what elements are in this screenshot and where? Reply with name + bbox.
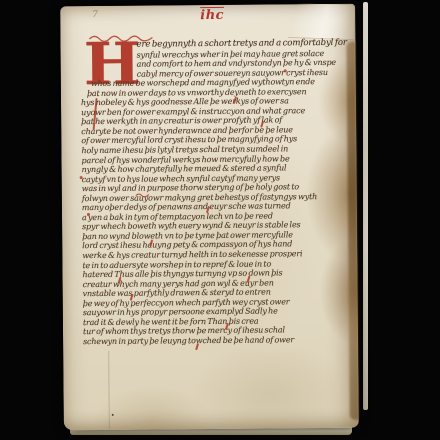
interlinear-rubric-icon (135, 192, 151, 198)
browned-edge-stain (346, 42, 358, 420)
ink-fleck (112, 414, 114, 416)
margin-rubric-dot (80, 176, 83, 179)
text-block: ere begynnyth a schort tretys and a comf… (80, 39, 329, 347)
rubric-stroke (195, 343, 199, 350)
photo-background: 7 ihc H ere begynnyth a schort tretys an… (0, 0, 440, 440)
ihc-monogram: ihc (200, 8, 224, 23)
manuscript-page: 7 ihc H ere begynnyth a schort tretys an… (60, 4, 359, 431)
margin-crease (108, 351, 110, 429)
corner-crease (288, 3, 355, 40)
rubric-dot (284, 69, 287, 72)
folio-number: 7 (92, 10, 98, 20)
manuscript-line: schewyn in party þe leuyng towched be þe… (83, 335, 329, 347)
margin-rubric-dot (87, 213, 90, 216)
book-fore-edge (363, 2, 368, 410)
